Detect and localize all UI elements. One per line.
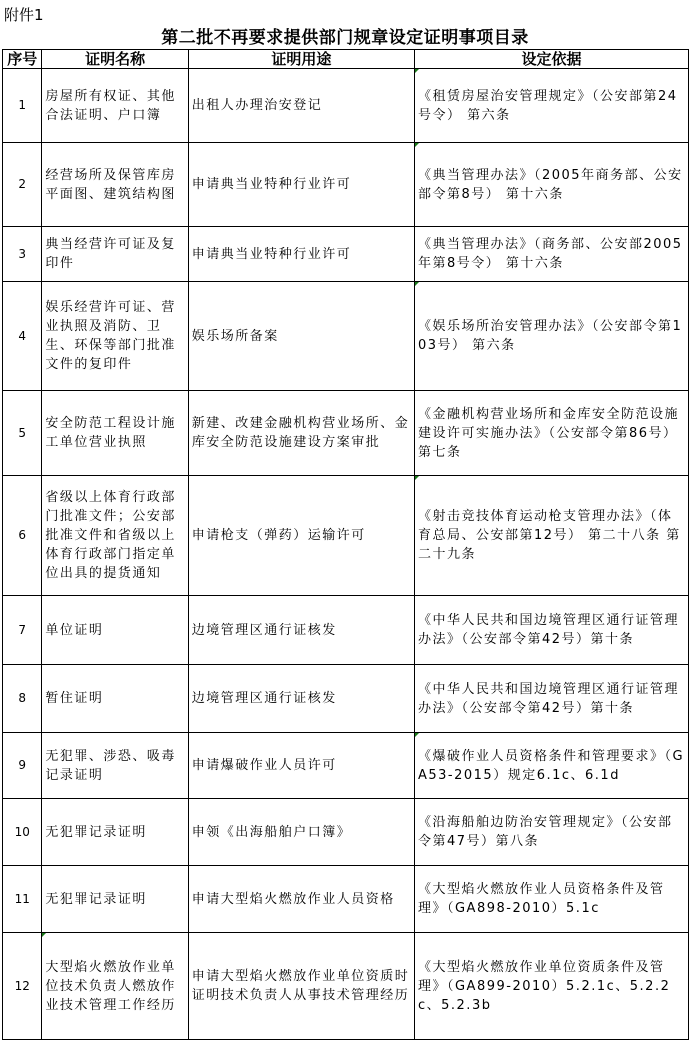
certificate-name-cell: 大型焰火燃放作业单位技术负责人燃放作业技术管理工作经历 bbox=[42, 933, 188, 1040]
certificate-name-cell: 无犯罪记录证明 bbox=[42, 866, 188, 933]
certificate-name-text: 安全防范工程设计施工单位营业执照 bbox=[45, 416, 176, 450]
comment-indicator-icon bbox=[415, 69, 419, 73]
certificate-name-text: 无犯罪、涉恐、吸毒记录证明 bbox=[45, 749, 176, 783]
document-title: 第二批不再要求提供部门规章设定证明事项目录 bbox=[0, 27, 690, 49]
certificate-name-text: 娱乐经营许可证、营业执照及消防、卫生、环保等部门批准文件的复印件 bbox=[45, 300, 176, 372]
certificate-use-text: 新建、改建金融机构营业场所、金库安全防范设施建设方案审批 bbox=[192, 416, 410, 450]
certificate-name-cell: 无犯罪记录证明 bbox=[42, 799, 188, 866]
table-row: 9无犯罪、涉恐、吸毒记录证明申请爆破作业人员许可《爆破作业人员资格条件和管理要求… bbox=[3, 733, 689, 799]
certificate-name-text: 大型焰火燃放作业单位技术负责人燃放作业技术管理工作经历 bbox=[45, 960, 176, 1013]
header-certificate-name: 证明名称 bbox=[42, 50, 188, 69]
legal-basis-cell: 《租赁房屋治安管理规定》（公安部第24号令） 第六条 bbox=[414, 69, 688, 143]
certificate-use-text: 出租人办理治安登记 bbox=[192, 98, 323, 113]
certificate-use-cell: 申请爆破作业人员许可 bbox=[188, 733, 414, 799]
table-row: 8暂住证明边境管理区通行证核发《中华人民共和国边境管理区通行证管理办法》（公安部… bbox=[3, 665, 689, 733]
attachment-label: 附件1 bbox=[4, 6, 44, 24]
certificate-use-cell: 申请大型焰火燃放作业单位资质时证明技术负责人从事技术管理经历 bbox=[188, 933, 414, 1040]
certificate-use-text: 申请枪支（弹药）运输许可 bbox=[192, 528, 366, 543]
serial-number-cell: 10 bbox=[3, 799, 42, 866]
serial-number-cell: 1 bbox=[3, 69, 42, 143]
legal-basis-cell: 《中华人民共和国边境管理区通行证管理办法》（公安部令第42号）第十条 bbox=[414, 665, 688, 733]
comment-indicator-icon bbox=[415, 733, 419, 737]
serial-number-text: 6 bbox=[18, 528, 26, 542]
table-row: 12大型焰火燃放作业单位技术负责人燃放作业技术管理工作经历申请大型焰火燃放作业单… bbox=[3, 933, 689, 1040]
certificate-name-cell: 安全防范工程设计施工单位营业执照 bbox=[42, 391, 188, 476]
certificate-name-text: 经营场所及保管库房平面图、建筑结构图 bbox=[45, 168, 176, 202]
serial-number-text: 8 bbox=[18, 691, 26, 705]
certificate-use-cell: 申请典当业特种行业许可 bbox=[188, 227, 414, 282]
certificate-use-cell: 申请枪支（弹药）运输许可 bbox=[188, 476, 414, 596]
serial-number-cell: 3 bbox=[3, 227, 42, 282]
serial-number-text: 2 bbox=[18, 177, 26, 191]
certificate-use-text: 申请大型焰火燃放作业人员资格 bbox=[192, 892, 395, 907]
table-row: 4娱乐经营许可证、营业执照及消防、卫生、环保等部门批准文件的复印件娱乐场所备案《… bbox=[3, 282, 689, 391]
comment-indicator-icon bbox=[415, 476, 419, 480]
legal-basis-text: 《典当管理办法》（商务部、公安部2005年第8号令） 第十六条 bbox=[418, 237, 683, 271]
table-row: 2经营场所及保管库房平面图、建筑结构图申请典当业特种行业许可《典当管理办法》（2… bbox=[3, 143, 689, 227]
certificate-use-cell: 申请典当业特种行业许可 bbox=[188, 143, 414, 227]
legal-basis-text: 《金融机构营业场所和金库安全防范设施建设许可实施办法》（公安部令第86号）第七条 bbox=[418, 407, 679, 460]
certificate-name-cell: 暂住证明 bbox=[42, 665, 188, 733]
certificate-name-cell: 无犯罪、涉恐、吸毒记录证明 bbox=[42, 733, 188, 799]
table-row: 7单位证明边境管理区通行证核发《中华人民共和国边境管理区通行证管理办法》（公安部… bbox=[3, 596, 689, 665]
serial-number-cell: 9 bbox=[3, 733, 42, 799]
certificate-name-cell: 经营场所及保管库房平面图、建筑结构图 bbox=[42, 143, 188, 227]
legal-basis-cell: 《爆破作业人员资格条件和管理要求》（GA53-2015）规定6.1c、6.1d bbox=[414, 733, 688, 799]
header-legal-basis: 设定依据 bbox=[414, 50, 688, 69]
table-row: 11无犯罪记录证明申请大型焰火燃放作业人员资格《大型焰火燃放作业人员资格条件及管… bbox=[3, 866, 689, 933]
serial-number-text: 7 bbox=[18, 623, 26, 637]
certificate-use-text: 娱乐场所备案 bbox=[192, 329, 279, 344]
legal-basis-text: 《典当管理办法》（2005年商务部、公安部令第8号） 第十六条 bbox=[418, 168, 683, 202]
certificate-table: 序号 证明名称 证明用途 设定依据 1房屋所有权证、其他合法证明、户口簿出租人办… bbox=[2, 49, 689, 1040]
certificate-use-cell: 新建、改建金融机构营业场所、金库安全防范设施建设方案审批 bbox=[188, 391, 414, 476]
certificate-name-text: 无犯罪记录证明 bbox=[45, 892, 147, 907]
table-row: 1房屋所有权证、其他合法证明、户口簿出租人办理治安登记《租赁房屋治安管理规定》（… bbox=[3, 69, 689, 143]
legal-basis-text: 《中华人民共和国边境管理区通行证管理办法》（公安部令第42号）第十条 bbox=[418, 682, 679, 716]
legal-basis-cell: 《娱乐场所治安管理办法》（公安部令第103号） 第六条 bbox=[414, 282, 688, 391]
legal-basis-text: 《娱乐场所治安管理办法》（公安部令第103号） 第六条 bbox=[418, 319, 682, 353]
serial-number-cell: 11 bbox=[3, 866, 42, 933]
legal-basis-cell: 《典当管理办法》（商务部、公安部2005年第8号令） 第十六条 bbox=[414, 227, 688, 282]
legal-basis-cell: 《典当管理办法》（2005年商务部、公安部令第8号） 第十六条 bbox=[414, 143, 688, 227]
legal-basis-text: 《中华人民共和国边境管理区通行证管理办法》（公安部令第42号）第十条 bbox=[418, 613, 679, 647]
comment-indicator-icon bbox=[42, 933, 46, 937]
serial-number-text: 12 bbox=[15, 979, 30, 993]
comment-indicator-icon bbox=[415, 282, 419, 286]
certificate-use-text: 边境管理区通行证核发 bbox=[192, 623, 337, 638]
certificate-name-text: 无犯罪记录证明 bbox=[45, 825, 147, 840]
legal-basis-cell: 《沿海船舶边防治安管理规定》（公安部令第47号）第八条 bbox=[414, 799, 688, 866]
serial-number-text: 11 bbox=[15, 892, 30, 906]
certificate-name-cell: 典当经营许可证及复印件 bbox=[42, 227, 188, 282]
table-row: 5安全防范工程设计施工单位营业执照新建、改建金融机构营业场所、金库安全防范设施建… bbox=[3, 391, 689, 476]
certificate-use-text: 申请大型焰火燃放作业单位资质时证明技术负责人从事技术管理经历 bbox=[192, 969, 410, 1003]
certificate-name-text: 暂住证明 bbox=[45, 691, 103, 706]
certificate-use-text: 申领《出海船舶户口簿》 bbox=[192, 825, 352, 840]
table-row: 6省级以上体育行政部门批准文件；公安部批准文件和省级以上体育行政部门指定单位出具… bbox=[3, 476, 689, 596]
comment-indicator-icon bbox=[415, 143, 419, 147]
serial-number-cell: 7 bbox=[3, 596, 42, 665]
header-certificate-use: 证明用途 bbox=[188, 50, 414, 69]
serial-number-cell: 5 bbox=[3, 391, 42, 476]
certificate-use-text: 申请典当业特种行业许可 bbox=[192, 177, 352, 192]
serial-number-cell: 2 bbox=[3, 143, 42, 227]
certificate-use-cell: 申领《出海船舶户口簿》 bbox=[188, 799, 414, 866]
certificate-name-cell: 单位证明 bbox=[42, 596, 188, 665]
certificate-name-cell: 娱乐经营许可证、营业执照及消防、卫生、环保等部门批准文件的复印件 bbox=[42, 282, 188, 391]
legal-basis-text: 《沿海船舶边防治安管理规定》（公安部令第47号）第八条 bbox=[418, 815, 673, 849]
certificate-name-text: 典当经营许可证及复印件 bbox=[45, 237, 176, 271]
legal-basis-cell: 《大型焰火燃放作业单位资质条件及管理》（GA899-2010）5.2.1c、5.… bbox=[414, 933, 688, 1040]
serial-number-text: 3 bbox=[18, 247, 26, 261]
legal-basis-text: 《大型焰火燃放作业单位资质条件及管理》（GA899-2010）5.2.1c、5.… bbox=[418, 960, 670, 1013]
certificate-use-cell: 边境管理区通行证核发 bbox=[188, 665, 414, 733]
header-serial-number: 序号 bbox=[3, 50, 42, 69]
legal-basis-cell: 《中华人民共和国边境管理区通行证管理办法》（公安部令第42号）第十条 bbox=[414, 596, 688, 665]
legal-basis-text: 《大型焰火燃放作业人员资格条件及管理》（GA898-2010）5.1c bbox=[418, 882, 665, 916]
certificate-use-text: 边境管理区通行证核发 bbox=[192, 691, 337, 706]
serial-number-text: 4 bbox=[18, 329, 26, 343]
certificate-name-text: 单位证明 bbox=[45, 623, 103, 638]
legal-basis-text: 《射击竞技体育运动枪支管理办法》（体育总局、公安部第12号） 第二十八条 第二十… bbox=[418, 509, 681, 562]
certificate-name-cell: 房屋所有权证、其他合法证明、户口簿 bbox=[42, 69, 188, 143]
serial-number-cell: 6 bbox=[3, 476, 42, 596]
certificate-name-cell: 省级以上体育行政部门批准文件；公安部批准文件和省级以上体育行政部门指定单位出具的… bbox=[42, 476, 188, 596]
serial-number-cell: 4 bbox=[3, 282, 42, 391]
serial-number-text: 1 bbox=[18, 98, 26, 112]
serial-number-text: 10 bbox=[15, 825, 30, 839]
certificate-name-text: 房屋所有权证、其他合法证明、户口簿 bbox=[45, 89, 176, 123]
legal-basis-text: 《爆破作业人员资格条件和管理要求》（GA53-2015）规定6.1c、6.1d bbox=[418, 749, 684, 783]
certificate-use-text: 申请典当业特种行业许可 bbox=[192, 247, 352, 262]
certificate-use-cell: 申请大型焰火燃放作业人员资格 bbox=[188, 866, 414, 933]
serial-number-cell: 8 bbox=[3, 665, 42, 733]
table-row: 10无犯罪记录证明申领《出海船舶户口簿》《沿海船舶边防治安管理规定》（公安部令第… bbox=[3, 799, 689, 866]
certificate-use-cell: 边境管理区通行证核发 bbox=[188, 596, 414, 665]
serial-number-text: 9 bbox=[18, 758, 26, 772]
legal-basis-cell: 《大型焰火燃放作业人员资格条件及管理》（GA898-2010）5.1c bbox=[414, 866, 688, 933]
legal-basis-cell: 《金融机构营业场所和金库安全防范设施建设许可实施办法》（公安部令第86号）第七条 bbox=[414, 391, 688, 476]
table-header-row: 序号 证明名称 证明用途 设定依据 bbox=[3, 50, 689, 69]
certificate-use-text: 申请爆破作业人员许可 bbox=[192, 758, 337, 773]
table-row: 3典当经营许可证及复印件申请典当业特种行业许可《典当管理办法》（商务部、公安部2… bbox=[3, 227, 689, 282]
certificate-use-cell: 娱乐场所备案 bbox=[188, 282, 414, 391]
serial-number-cell: 12 bbox=[3, 933, 42, 1040]
serial-number-text: 5 bbox=[18, 426, 26, 440]
certificate-use-cell: 出租人办理治安登记 bbox=[188, 69, 414, 143]
certificate-name-text: 省级以上体育行政部门批准文件；公安部批准文件和省级以上体育行政部门指定单位出具的… bbox=[45, 490, 176, 581]
legal-basis-text: 《租赁房屋治安管理规定》（公安部第24号令） 第六条 bbox=[418, 89, 678, 123]
legal-basis-cell: 《射击竞技体育运动枪支管理办法》（体育总局、公安部第12号） 第二十八条 第二十… bbox=[414, 476, 688, 596]
